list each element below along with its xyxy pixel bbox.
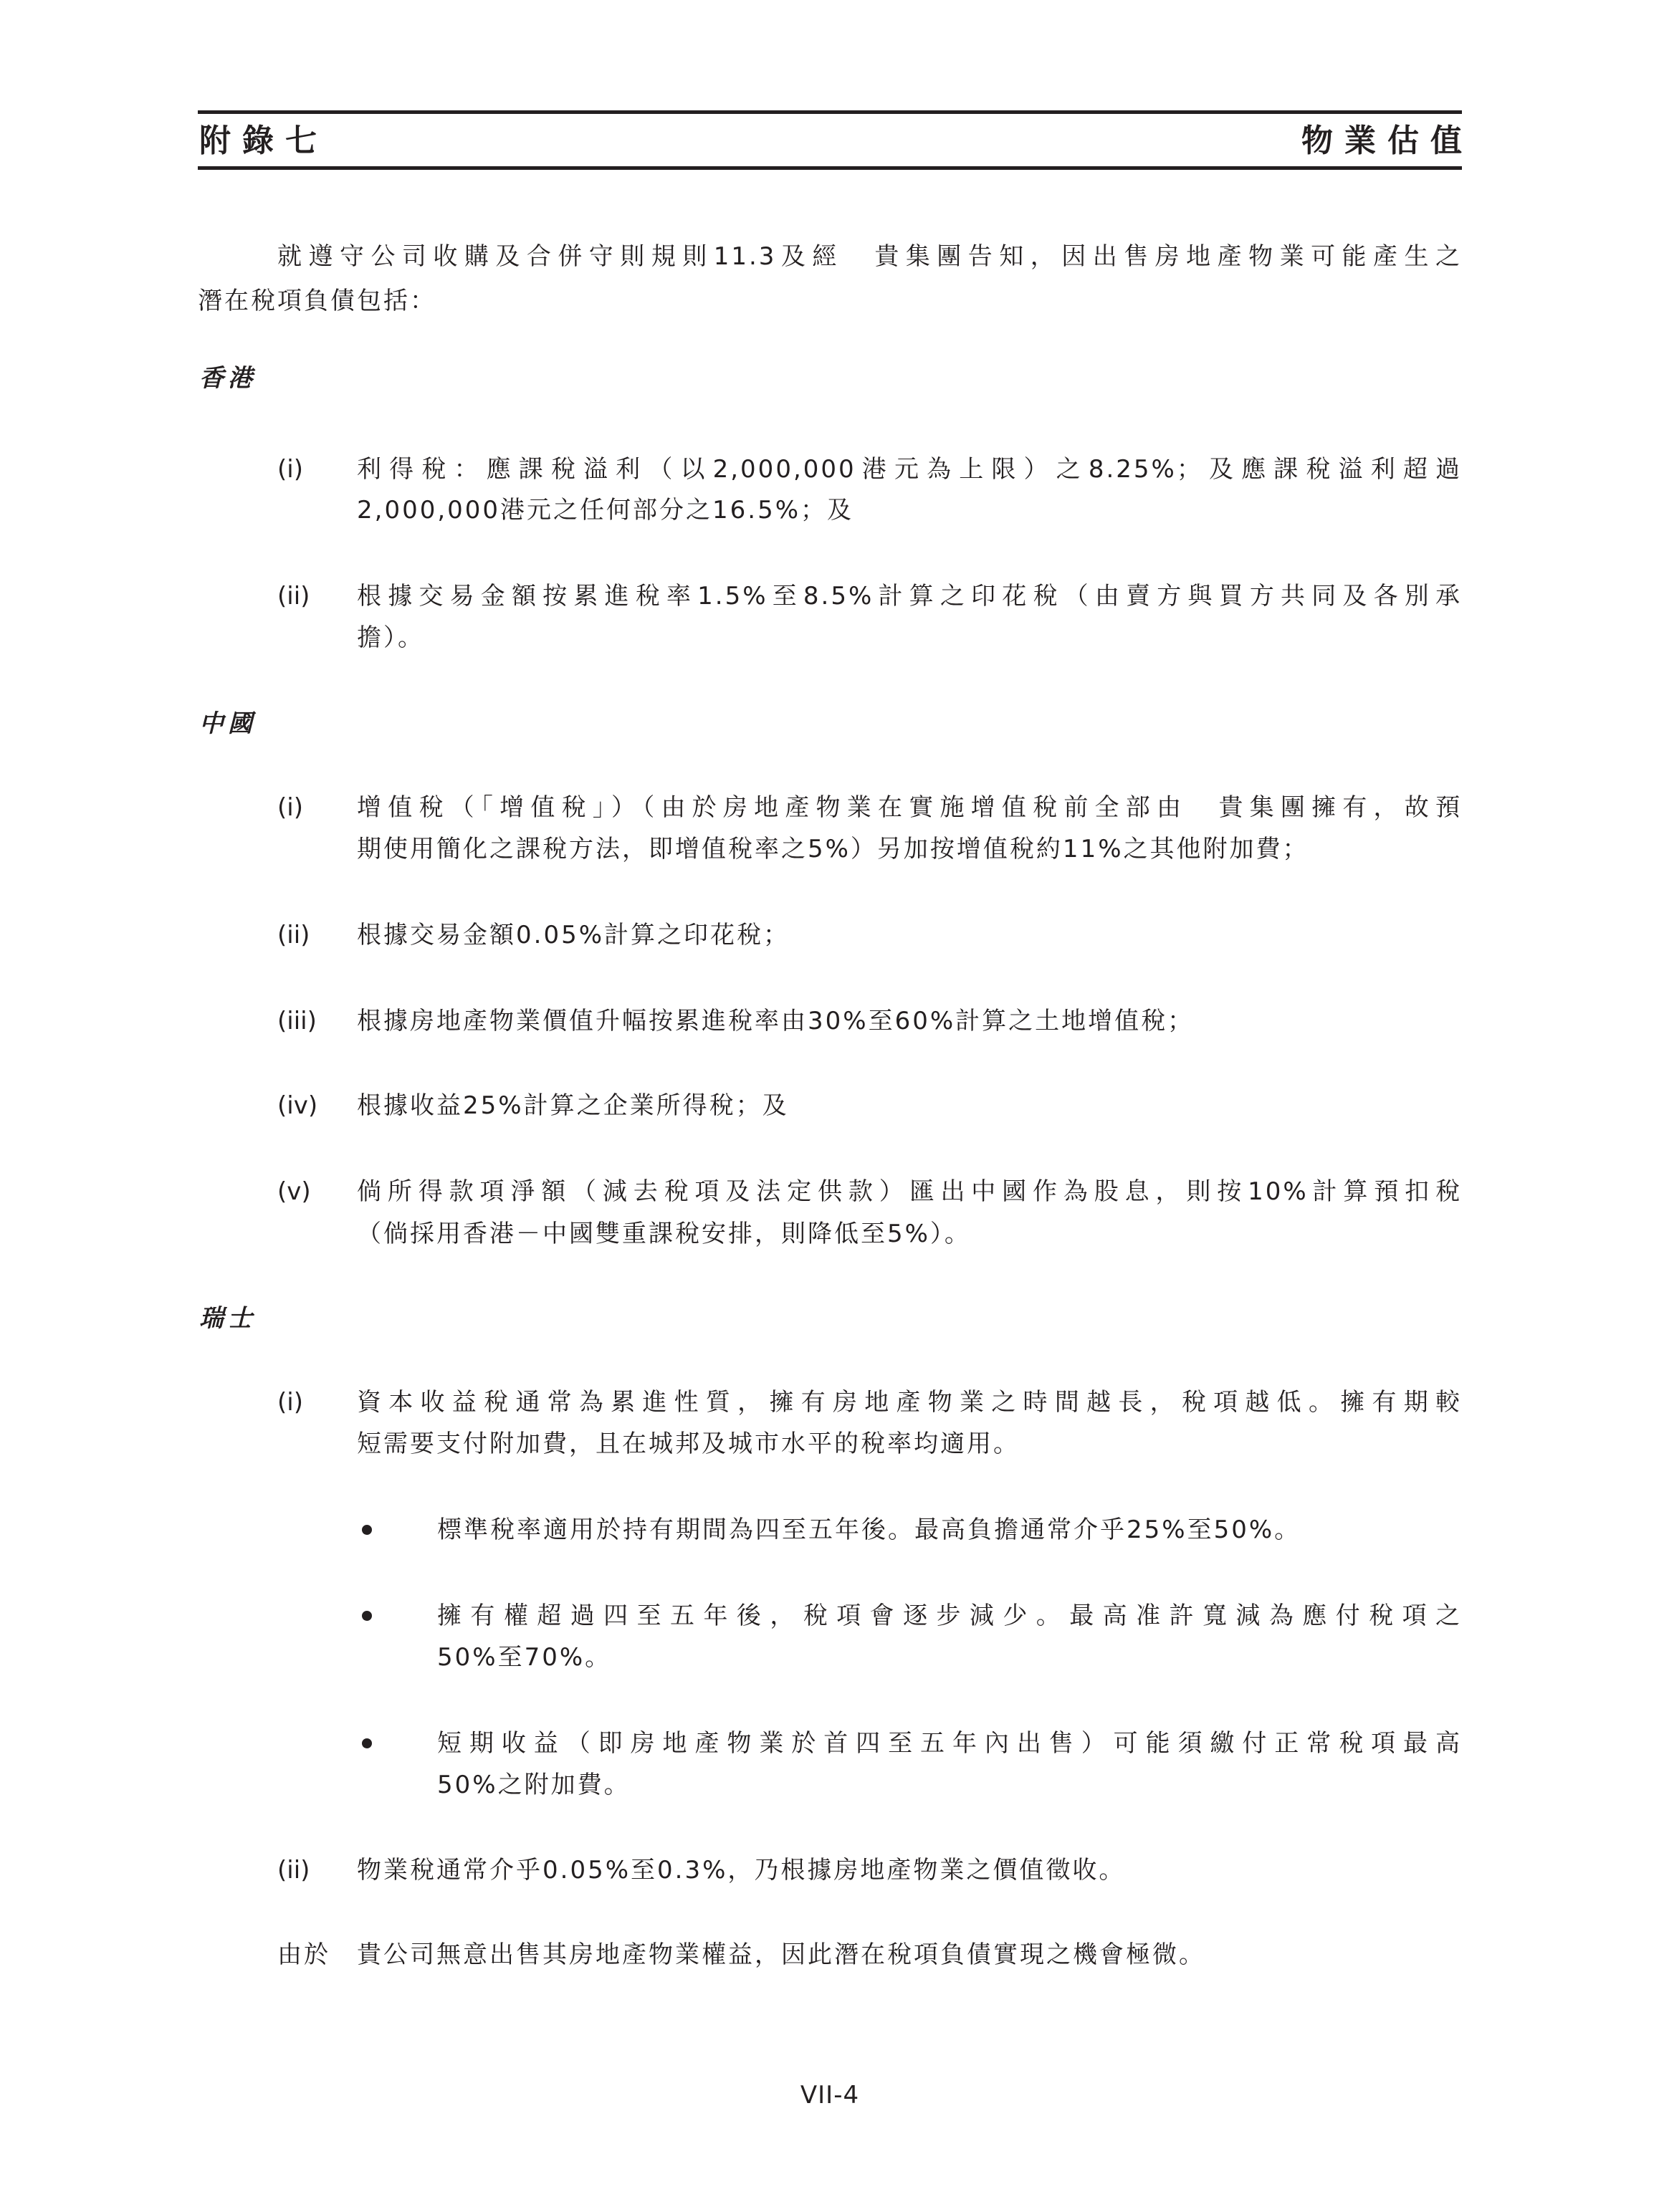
ch-bullet-2-line-2: 50%至70%。 [437, 1642, 611, 1673]
ch-item-1-line-2: 短需要支付附加費，且在城邦及城市水平的稅率均適用。 [357, 1428, 1020, 1460]
cn-item-4-line-1: 根據收益25%計算之企業所得稅；及 [357, 1090, 789, 1121]
intro-line-1: 就遵守公司收購及合併守則規則11.3及經 貴集團告知，因出售房地產物業可能產生之 [198, 241, 1462, 272]
list-marker: (ii) [277, 580, 310, 612]
document-page: 附錄七 物業估值 就遵守公司收購及合併守則規則11.3及經 貴集團告知，因出售房… [198, 0, 1462, 2212]
section-title: 物業估值 [1301, 122, 1473, 161]
heading-switzerland: 瑞士 [199, 1303, 257, 1334]
hk-item-1-line-2: 2,000,000港元之任何部分之16.5%；及 [357, 494, 854, 526]
cn-item-1-line-1: 增值稅（「增值稅」）（由於房地產物業在實施增值稅前全部由 貴集團擁有，故預 [357, 792, 1462, 823]
cn-item-1-line-2: 期使用簡化之課稅方法，即增值稅率之5%）另加按增值稅約11%之其他附加費； [357, 833, 1309, 865]
heading-hong-kong: 香港 [199, 363, 257, 394]
list-marker: (iv) [277, 1090, 317, 1121]
appendix-title: 附錄七 [199, 122, 328, 161]
hk-item-2-line-2: 擔）。 [357, 622, 424, 653]
hk-item-1-line-1: 利得稅：應課稅溢利（以2,000,000港元為上限）之8.25%；及應課稅溢利超… [357, 454, 1462, 485]
list-marker: (ii) [277, 919, 310, 951]
cn-item-3-line-1: 根據房地產物業價值升幅按累進稅率由30%至60%計算之土地增值稅； [357, 1005, 1194, 1037]
bullet-icon [362, 1525, 372, 1535]
ch-item-1-line-1: 資本收益稅通常為累進性質，擁有房地產物業之時間越長，稅項越低。擁有期較 [357, 1387, 1462, 1418]
ch-bullet-2-line-1: 擁有權超過四至五年後，稅項會逐步減少。最高准許寬減為應付稅項之 [437, 1600, 1462, 1632]
page-number: VII-4 [198, 2079, 1462, 2111]
header-bottom-rule [198, 166, 1462, 170]
list-marker: (i) [277, 1387, 303, 1418]
list-marker: (iii) [277, 1005, 317, 1037]
cn-item-5-line-1: 倘所得款項淨額（減去稅項及法定供款）匯出中國作為股息，則按10%計算預扣稅 [357, 1176, 1462, 1207]
bullet-icon [362, 1611, 372, 1621]
ch-bullet-1-line-1: 標準稅率適用於持有期間為四至五年後。最高負擔通常介乎25%至50%。 [437, 1514, 1301, 1546]
bullet-icon [362, 1738, 372, 1748]
cn-item-5-line-2: （倘採用香港－中國雙重課稅安排，則降低至5%）。 [357, 1218, 971, 1250]
hk-item-2-line-1: 根據交易金額按累進稅率1.5%至8.5%計算之印花稅（由賣方與買方共同及各別承 [357, 580, 1462, 612]
heading-china: 中國 [199, 708, 257, 739]
cn-item-2-line-1: 根據交易金額0.05%計算之印花稅； [357, 919, 790, 951]
closing-paragraph: 由於 貴公司無意出售其房地產物業權益，因此潛在稅項負債實現之機會極微。 [277, 1939, 1205, 1971]
list-marker: (v) [277, 1176, 311, 1207]
ch-bullet-3-line-2: 50%之附加費。 [437, 1769, 631, 1801]
ch-bullet-3-line-1: 短期收益（即房地產物業於首四至五年內出售）可能須繳付正常稅項最高 [437, 1728, 1462, 1759]
header-top-rule [198, 110, 1462, 114]
ch-item-2-line-1: 物業稅通常介乎0.05%至0.3%，乃根據房地產物業之價值徵收。 [357, 1854, 1125, 1886]
list-marker: (i) [277, 454, 303, 485]
list-marker: (ii) [277, 1854, 310, 1886]
list-marker: (i) [277, 792, 303, 823]
intro-line-2: 潛在稅項負債包括： [198, 285, 436, 317]
